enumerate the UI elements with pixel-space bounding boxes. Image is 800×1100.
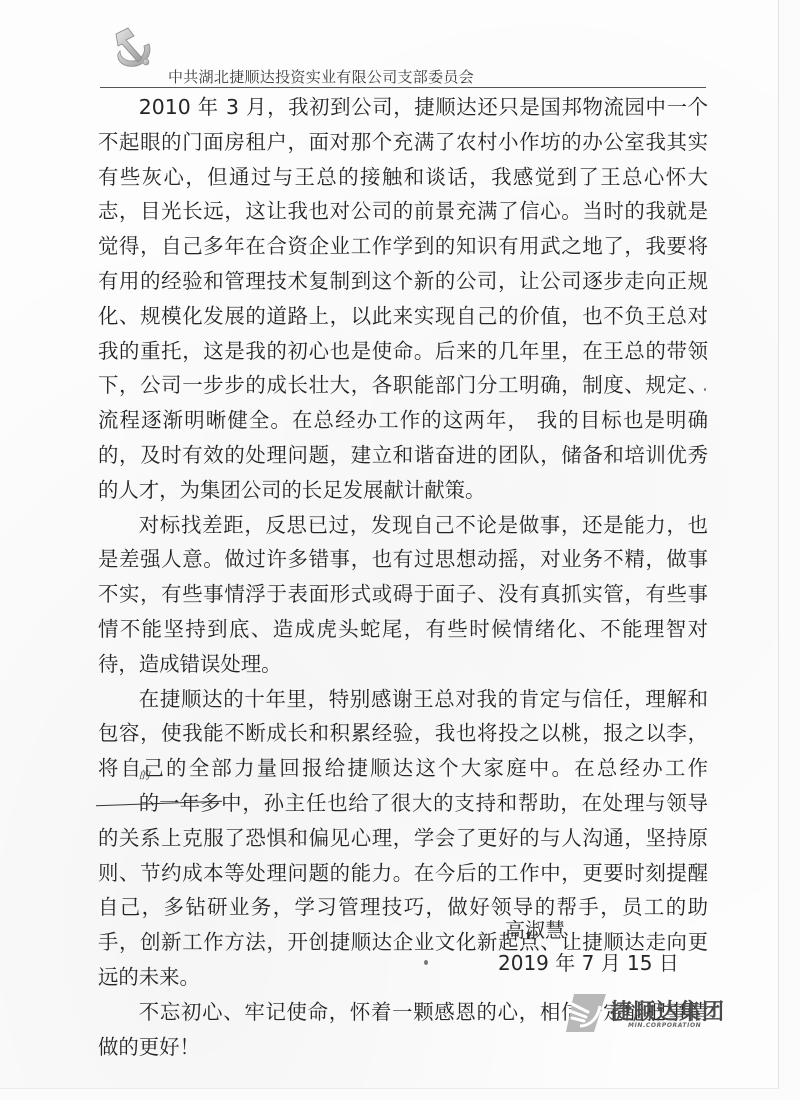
group-logo: 捷顺达集团 MIN.CORPORATION — [566, 992, 726, 1034]
signature-date: 2019 年 7 月 15 日 — [498, 947, 679, 976]
scan-speck — [704, 388, 706, 391]
letter-body: 2010 年 3 月，我初到公司，捷顺达还只是国邦物流园中一个不起眼的门面房租户… — [98, 90, 708, 1064]
letterhead: 中共湖北捷顺达投资实业有限公司支部委员会 — [100, 22, 706, 88]
paragraph-3-before: 在捷顺达的十年里，特别感谢王总对我的肯定与信任，理解和包容，使我能不断成长和积累… — [98, 687, 708, 781]
company-logo-subtitle: MIN.CORPORATION — [628, 1022, 701, 1029]
header-divider — [100, 87, 706, 88]
signature-name: 高淑慧 — [505, 914, 565, 943]
paragraph-2: 对标找差距，反思已过，发现自己不论是做事，还是能力，也是差强人意。做过许多错事，… — [98, 508, 708, 682]
organization-name: 中共湖北捷顺达投资实业有限公司支部委员会 — [168, 66, 474, 87]
party-emblem-icon — [108, 24, 154, 70]
scanned-page: 中共湖北捷顺达投资实业有限公司支部委员会 2010 年 3 月，我初到公司，捷顺… — [0, 0, 779, 1089]
handwritten-insert: 的 — [98, 770, 150, 781]
struck-text: 的一年多 — [139, 791, 221, 815]
paragraph-1: 2010 年 3 月，我初到公司，捷顺达还只是国邦物流园中一个不起眼的门面房租户… — [98, 90, 708, 508]
scan-speck — [424, 960, 428, 965]
struck-correction: 的的一年多 — [98, 786, 220, 821]
scan-speck — [704, 320, 706, 323]
company-logo-icon — [566, 992, 608, 1034]
